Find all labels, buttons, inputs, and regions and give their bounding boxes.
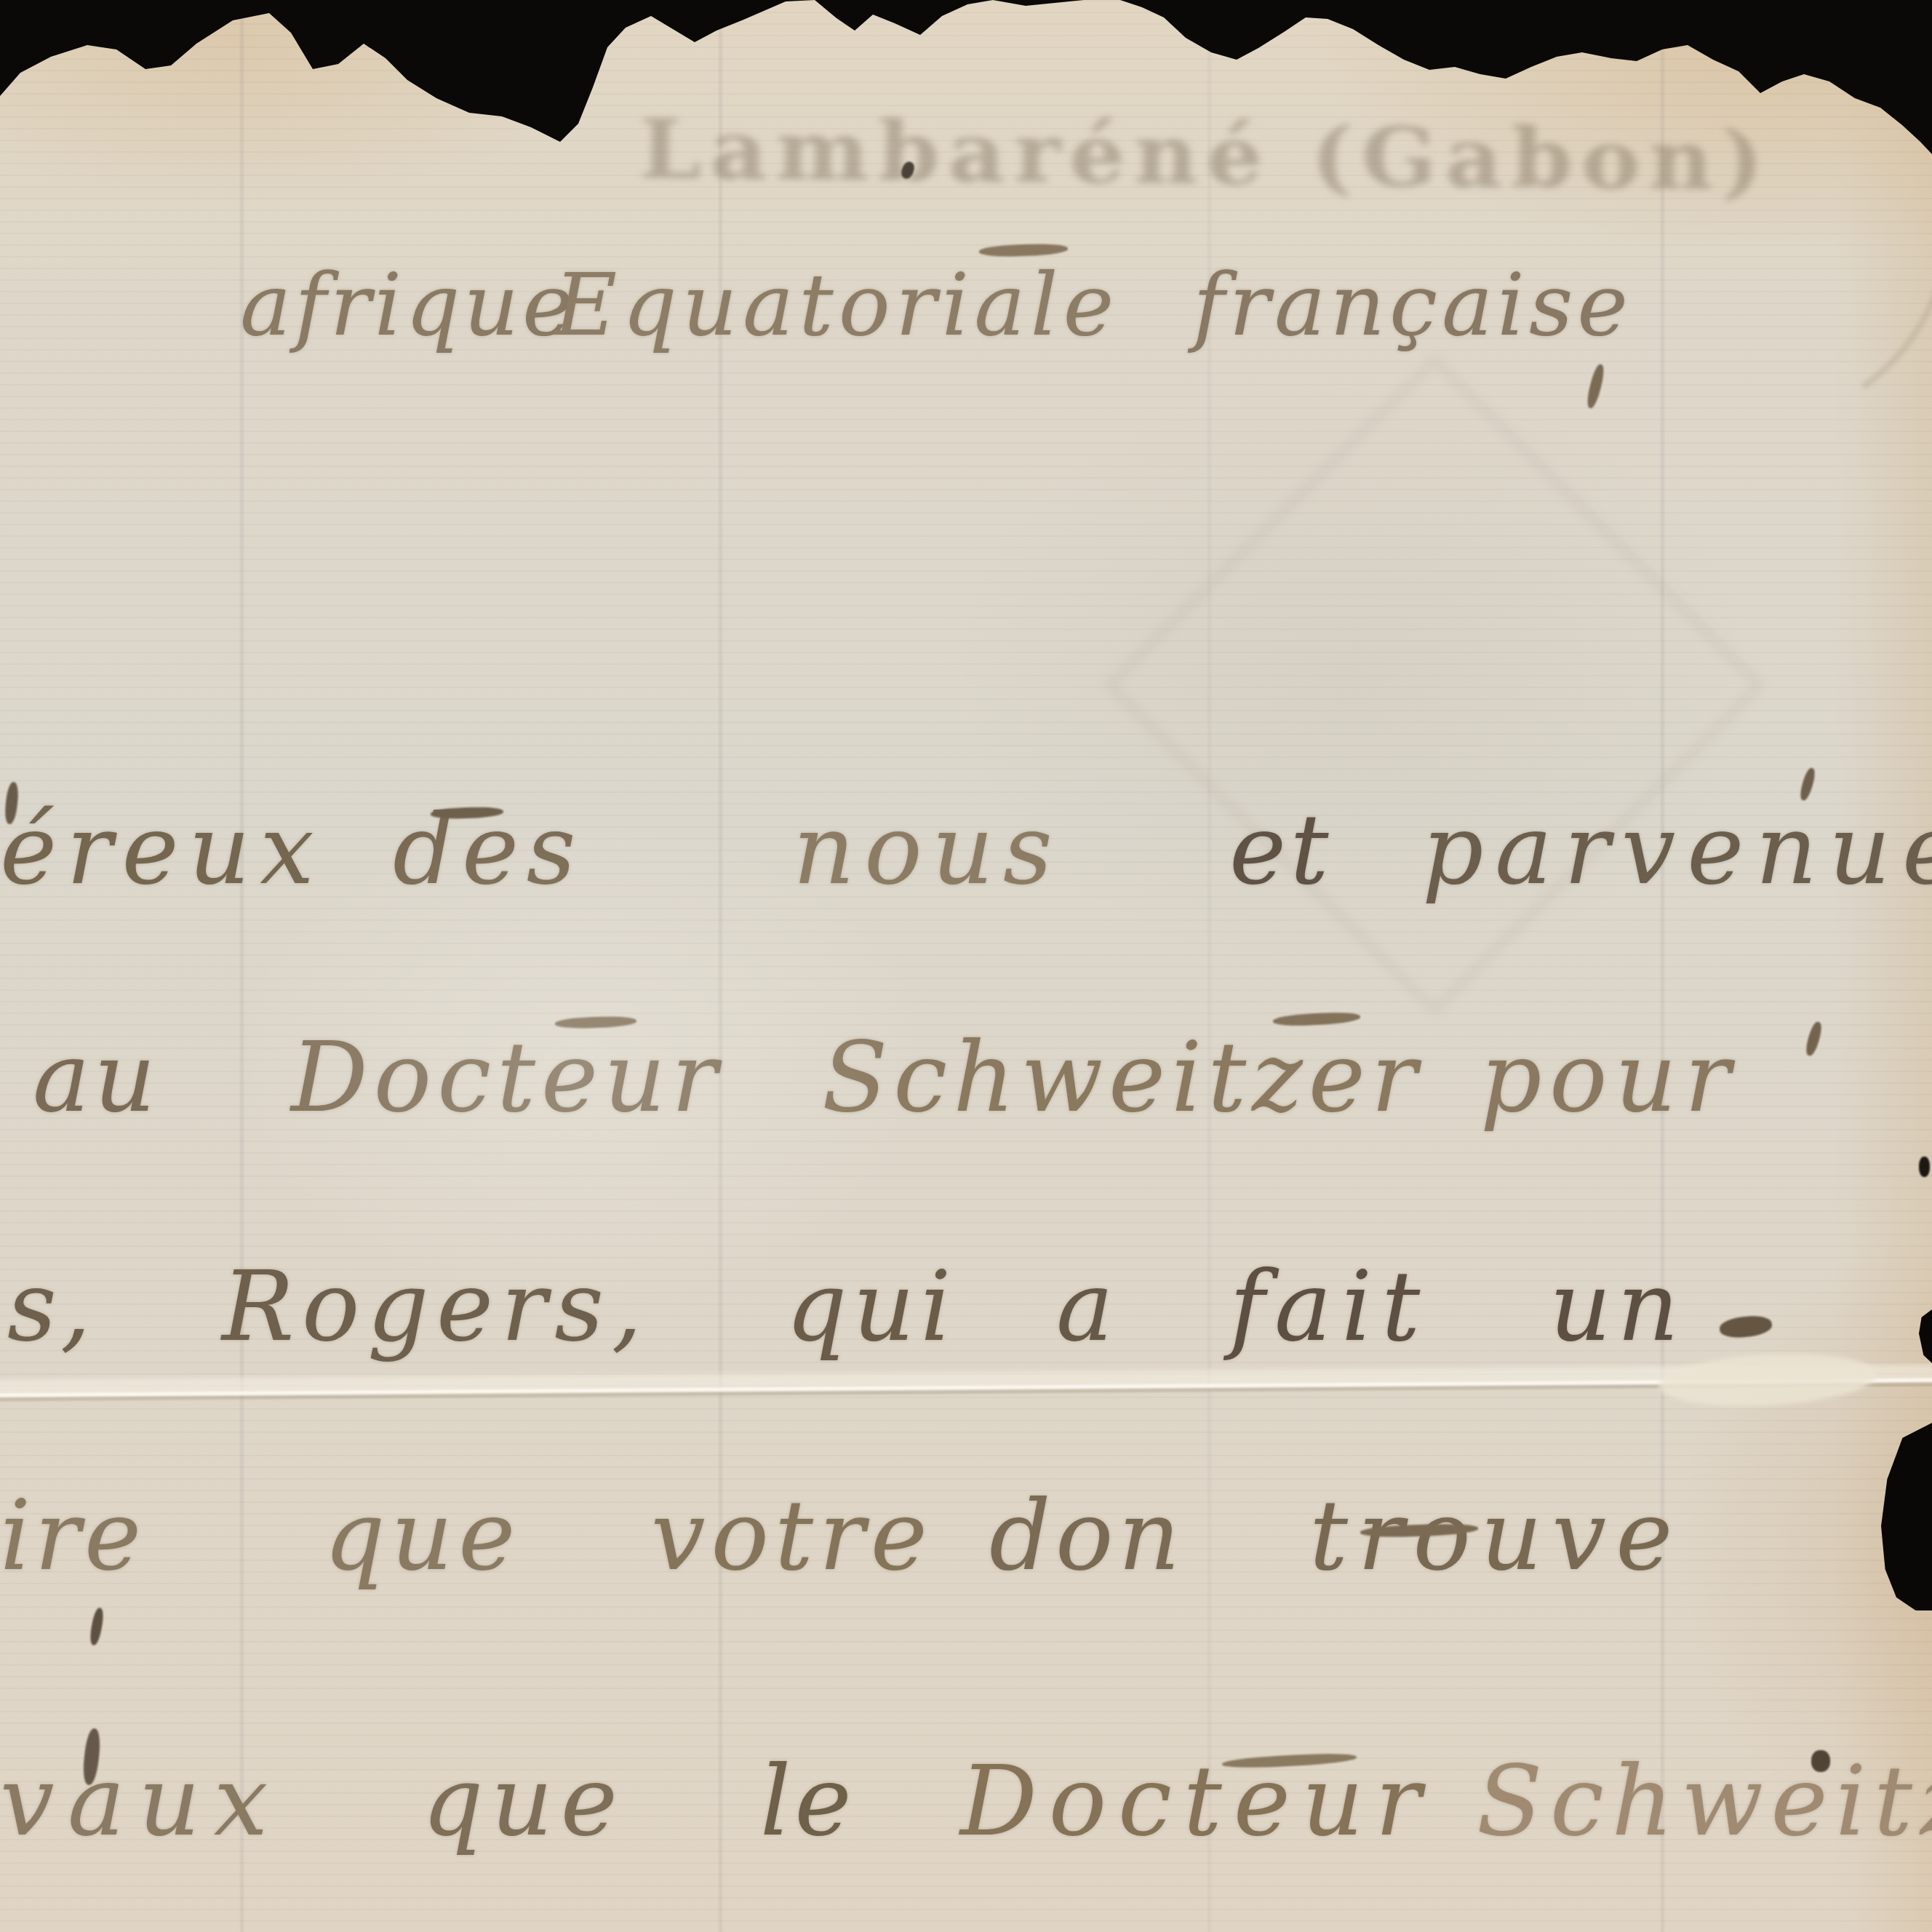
- handwritten-word: française: [1193, 255, 1632, 355]
- fold-tear-highlight: [1657, 1349, 1877, 1411]
- overbar: [1273, 1011, 1361, 1027]
- cedilla-mark: [1585, 363, 1607, 410]
- overbar: [1222, 1752, 1357, 1770]
- letterhead-stamp: Lambaréné (Gabon): [639, 102, 1773, 209]
- handwritten-word: que: [324, 1480, 521, 1592]
- letter-paper: Lambaréné (Gabon) afriqueEquatorialefran…: [0, 0, 1932, 1932]
- overbar: [555, 1015, 636, 1029]
- tick-mark: [1804, 1021, 1824, 1057]
- handwritten-word: que: [422, 1746, 625, 1858]
- handwritten-word: et: [1229, 794, 1333, 906]
- handwritten-word: Docteur: [291, 1022, 723, 1134]
- handwritten-word: a: [1056, 1251, 1117, 1363]
- handwritten-word: Docteur: [960, 1746, 1432, 1858]
- handwritten-word: Equatoriale: [554, 255, 1119, 355]
- tick-mark: [1798, 767, 1817, 802]
- overbar: [1360, 1522, 1478, 1538]
- handwritten-word: au: [33, 1022, 159, 1134]
- apostrophe-mark: [89, 1607, 105, 1646]
- overbar: [431, 806, 503, 819]
- header-line: afriqueEquatorialefrançaise: [0, 255, 1932, 393]
- handwritten-word: des: [393, 794, 583, 906]
- edge-speck: [1919, 1157, 1930, 1177]
- fold-highlight: [0, 1364, 1932, 1398]
- vertical-crease: [240, 0, 244, 1932]
- vertical-crease: [1661, 0, 1664, 1932]
- body-line-5: vauxqueleDocteurSchweitze: [0, 1746, 1932, 1884]
- handwritten-word: pour: [1480, 1022, 1738, 1134]
- handwritten-word: Schweitze: [1477, 1746, 1932, 1858]
- handwritten-word: éreux: [0, 794, 324, 906]
- handwritten-word: vaux: [0, 1746, 282, 1858]
- ink-dot: [1811, 1750, 1830, 1772]
- fold-crease: [0, 1378, 1932, 1401]
- handwritten-word: ire: [0, 1480, 145, 1592]
- photo-canvas: Lambaréné (Gabon) afriqueEquatorialefran…: [0, 0, 1932, 1932]
- handwritten-word: don: [989, 1480, 1185, 1592]
- handwritten-word: s,: [7, 1251, 95, 1363]
- stamp-arc-mark: [1594, 0, 1932, 452]
- comma-stroke: [81, 1728, 102, 1786]
- ink-dash: [1719, 1314, 1773, 1339]
- handwritten-word: Schweitzer: [822, 1022, 1423, 1134]
- handwritten-word: nous: [793, 794, 1062, 906]
- handwritten-word: afrique: [240, 255, 577, 355]
- handwriting-layer: afriqueEquatorialefrançaiseéreuxdesnouse…: [0, 0, 1932, 1932]
- vertical-crease: [719, 0, 722, 1932]
- handwritten-word: qui: [786, 1251, 957, 1363]
- handwritten-word: trouve: [1309, 1480, 1682, 1592]
- ink-dot: [899, 160, 916, 180]
- handwritten-word: un: [1549, 1251, 1685, 1363]
- handwritten-word: le: [760, 1746, 855, 1858]
- body-line-2: auDocteurSchweitzerpour: [0, 1022, 1932, 1160]
- body-line-4: irequevotredontrouve: [0, 1480, 1932, 1618]
- vertical-crease: [1207, 0, 1211, 1932]
- stray-stroke: [4, 781, 20, 824]
- handwritten-word: fait: [1229, 1251, 1430, 1363]
- embossed-stamp-mark: [1103, 354, 1766, 1017]
- handwritten-word: Rogers,: [222, 1251, 650, 1363]
- handwritten-word: votre: [651, 1480, 933, 1592]
- handwritten-word: parvenue: [1422, 794, 1932, 906]
- body-line-1: éreuxdesnousetparvenue: [0, 794, 1932, 933]
- body-line-3: s,Rogers,quiafaitun: [0, 1251, 1932, 1389]
- overbar: [979, 243, 1068, 258]
